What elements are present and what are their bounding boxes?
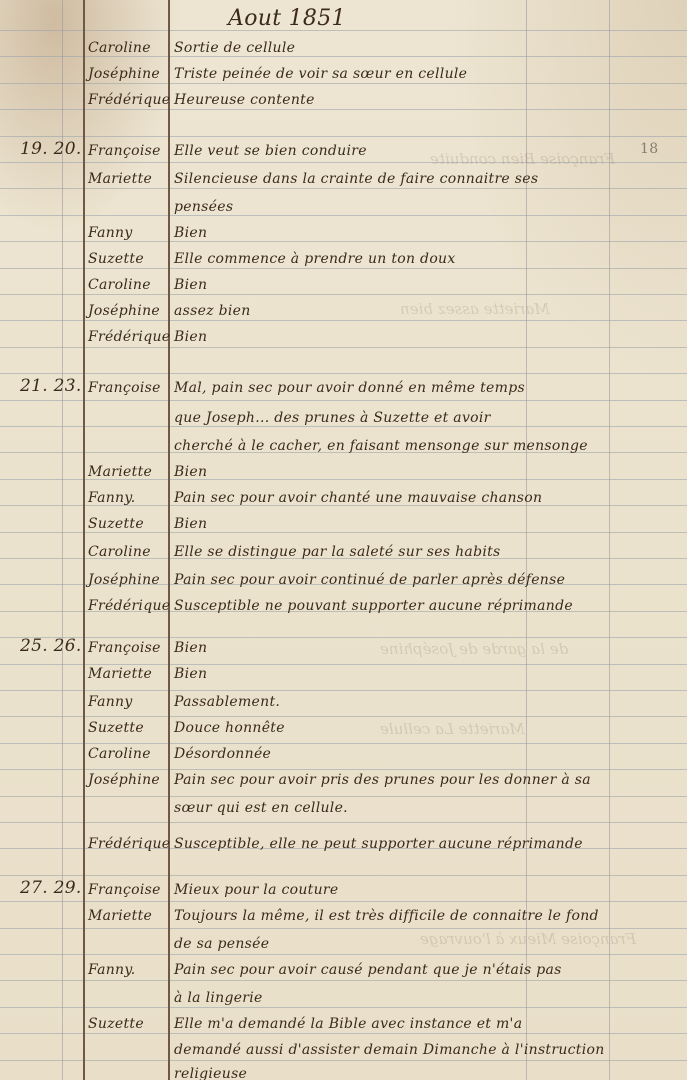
ledger-page: Françoise Bien conduite Mariette assez b… (0, 0, 687, 1080)
rule-line (0, 1007, 687, 1008)
entry-name: Fanny (88, 694, 133, 710)
rule-line (0, 743, 687, 744)
entry-remark: assez bien (174, 303, 251, 319)
rule-line (0, 664, 687, 665)
entry-name: Françoise (88, 882, 161, 898)
rule-line (0, 822, 687, 823)
rule-line (0, 320, 687, 321)
entry-remark: Elle m'a demandé la Bible avec instance … (174, 1016, 522, 1032)
rule-line (0, 1033, 687, 1034)
entry-date: 21. 23. (20, 376, 82, 396)
entry-remark: Désordonnée (174, 746, 271, 762)
entry-remark: Douce honnête (174, 720, 285, 736)
rule-line (0, 928, 687, 929)
bleed-through-text: Françoise Mieux à l'ouvrage (420, 930, 636, 948)
entry-remark: à la lingerie (174, 990, 263, 1006)
entry-date: 19. 20. (20, 139, 82, 159)
rule-line (0, 109, 687, 110)
entry-remark: Pain sec pour avoir chanté une mauvaise … (174, 490, 542, 506)
rule-line (0, 268, 687, 269)
entry-remark: Mal, pain sec pour avoir donné en même t… (174, 380, 525, 396)
rule-line (0, 690, 687, 691)
entry-name: Fanny (88, 225, 133, 241)
entry-remark: que Joseph... des prunes à Suzette et av… (174, 410, 491, 426)
bleed-through-text: Mariette La cellule (380, 720, 525, 738)
rule-line (0, 637, 687, 638)
entry-name: Fanny. (88, 490, 135, 506)
rule-line (0, 716, 687, 717)
entry-name: Françoise (88, 143, 161, 159)
rule-line (0, 875, 687, 876)
entry-remark: sœur qui est en cellule. (174, 800, 348, 816)
entry-remark: Elle veut se bien conduire (174, 143, 367, 159)
rule-line (0, 136, 687, 137)
entry-remark: religieuse (174, 1066, 247, 1080)
rule-line (0, 769, 687, 770)
rule-line (0, 901, 687, 902)
entry-remark: Elle commence à prendre un ton doux (174, 251, 456, 267)
entry-remark: Susceptible, elle ne peut supporter aucu… (174, 836, 583, 852)
entry-name: Suzette (88, 251, 144, 267)
entry-remark: Bien (174, 225, 207, 241)
date-column-divider (83, 0, 85, 1080)
rule-line (0, 980, 687, 981)
entry-remark: cherché à le cacher, en faisant mensonge… (174, 438, 588, 454)
entry-remark: Bien (174, 464, 207, 480)
entry-name: Joséphine (88, 66, 160, 82)
entry-name: Mariette (88, 171, 152, 187)
bleed-through-text: de la garde de Joséphine (380, 640, 568, 658)
entry-remark: demandé aussi d'assister demain Dimanche… (174, 1042, 605, 1058)
entry-remark: Susceptible ne pouvant supporter aucune … (174, 598, 573, 614)
entry-name: Suzette (88, 1016, 144, 1032)
entry-remark: Elle se distingue par la saleté sur ses … (174, 544, 501, 560)
entry-name: Joséphine (88, 303, 160, 319)
entry-name: Françoise (88, 640, 161, 656)
entry-name: Françoise (88, 380, 161, 396)
rule-line (0, 1060, 687, 1061)
margin-line (62, 0, 63, 1080)
rule-line (0, 796, 687, 797)
entry-name: Suzette (88, 516, 144, 532)
name-column-divider (168, 0, 170, 1080)
entry-remark: Bien (174, 666, 207, 682)
entry-remark: de sa pensée (174, 936, 269, 952)
entry-date: 27. 29. (20, 878, 82, 898)
entry-name: Caroline (88, 277, 151, 293)
rule-line (0, 83, 687, 84)
rule-line (0, 532, 687, 533)
margin-note: 18 (640, 141, 658, 157)
entry-remark: Toujours la même, il est très difficile … (174, 908, 599, 924)
entry-remark: Mieux pour la couture (174, 882, 339, 898)
entry-remark: Pain sec pour avoir causé pendant que je… (174, 962, 562, 978)
entry-remark: Pain sec pour avoir pris des prunes pour… (174, 772, 591, 788)
rule-line (0, 215, 687, 216)
entry-remark: Bien (174, 640, 207, 656)
rule-line (0, 56, 687, 57)
entry-name: Frédérique (88, 836, 170, 852)
entry-name: Frédérique (88, 329, 170, 345)
entry-name: Frédérique (88, 92, 170, 108)
entry-remark: Bien (174, 277, 207, 293)
rule-line (0, 241, 687, 242)
rule-line (0, 373, 687, 374)
entry-name: Fanny. (88, 962, 135, 978)
entry-name: Caroline (88, 544, 151, 560)
entry-remark: Silencieuse dans la crainte de faire con… (174, 171, 538, 187)
bleed-through-text: Mariette assez bien (400, 300, 550, 318)
page-title: Aout 1851 (228, 6, 346, 31)
rule-line (0, 426, 687, 427)
entry-remark: Pain sec pour avoir continué de parler a… (174, 572, 565, 588)
entry-remark: Bien (174, 329, 207, 345)
entry-date: 25. 26. (20, 636, 82, 656)
entry-remark: Sortie de cellule (174, 40, 295, 56)
entry-name: Caroline (88, 40, 151, 56)
entry-name: Joséphine (88, 572, 160, 588)
entry-name: Frédérique (88, 598, 170, 614)
entry-name: Mariette (88, 666, 152, 682)
entry-remark: pensées (174, 199, 233, 215)
rule-line (0, 954, 687, 955)
rule-line (0, 188, 687, 189)
entry-remark: Triste peinée de voir sa sœur en cellule (174, 66, 467, 82)
rule-line (0, 294, 687, 295)
entry-name: Mariette (88, 908, 152, 924)
entry-name: Mariette (88, 464, 152, 480)
entry-name: Joséphine (88, 772, 160, 788)
entry-remark: Bien (174, 516, 207, 532)
entry-name: Caroline (88, 746, 151, 762)
entry-remark: Heureuse contente (174, 92, 315, 108)
entry-remark: Passablement. (174, 694, 280, 710)
rule-line (0, 400, 687, 401)
rule-line (0, 347, 687, 348)
entry-name: Suzette (88, 720, 144, 736)
bleed-through-text: Françoise Bien conduite (430, 150, 615, 168)
